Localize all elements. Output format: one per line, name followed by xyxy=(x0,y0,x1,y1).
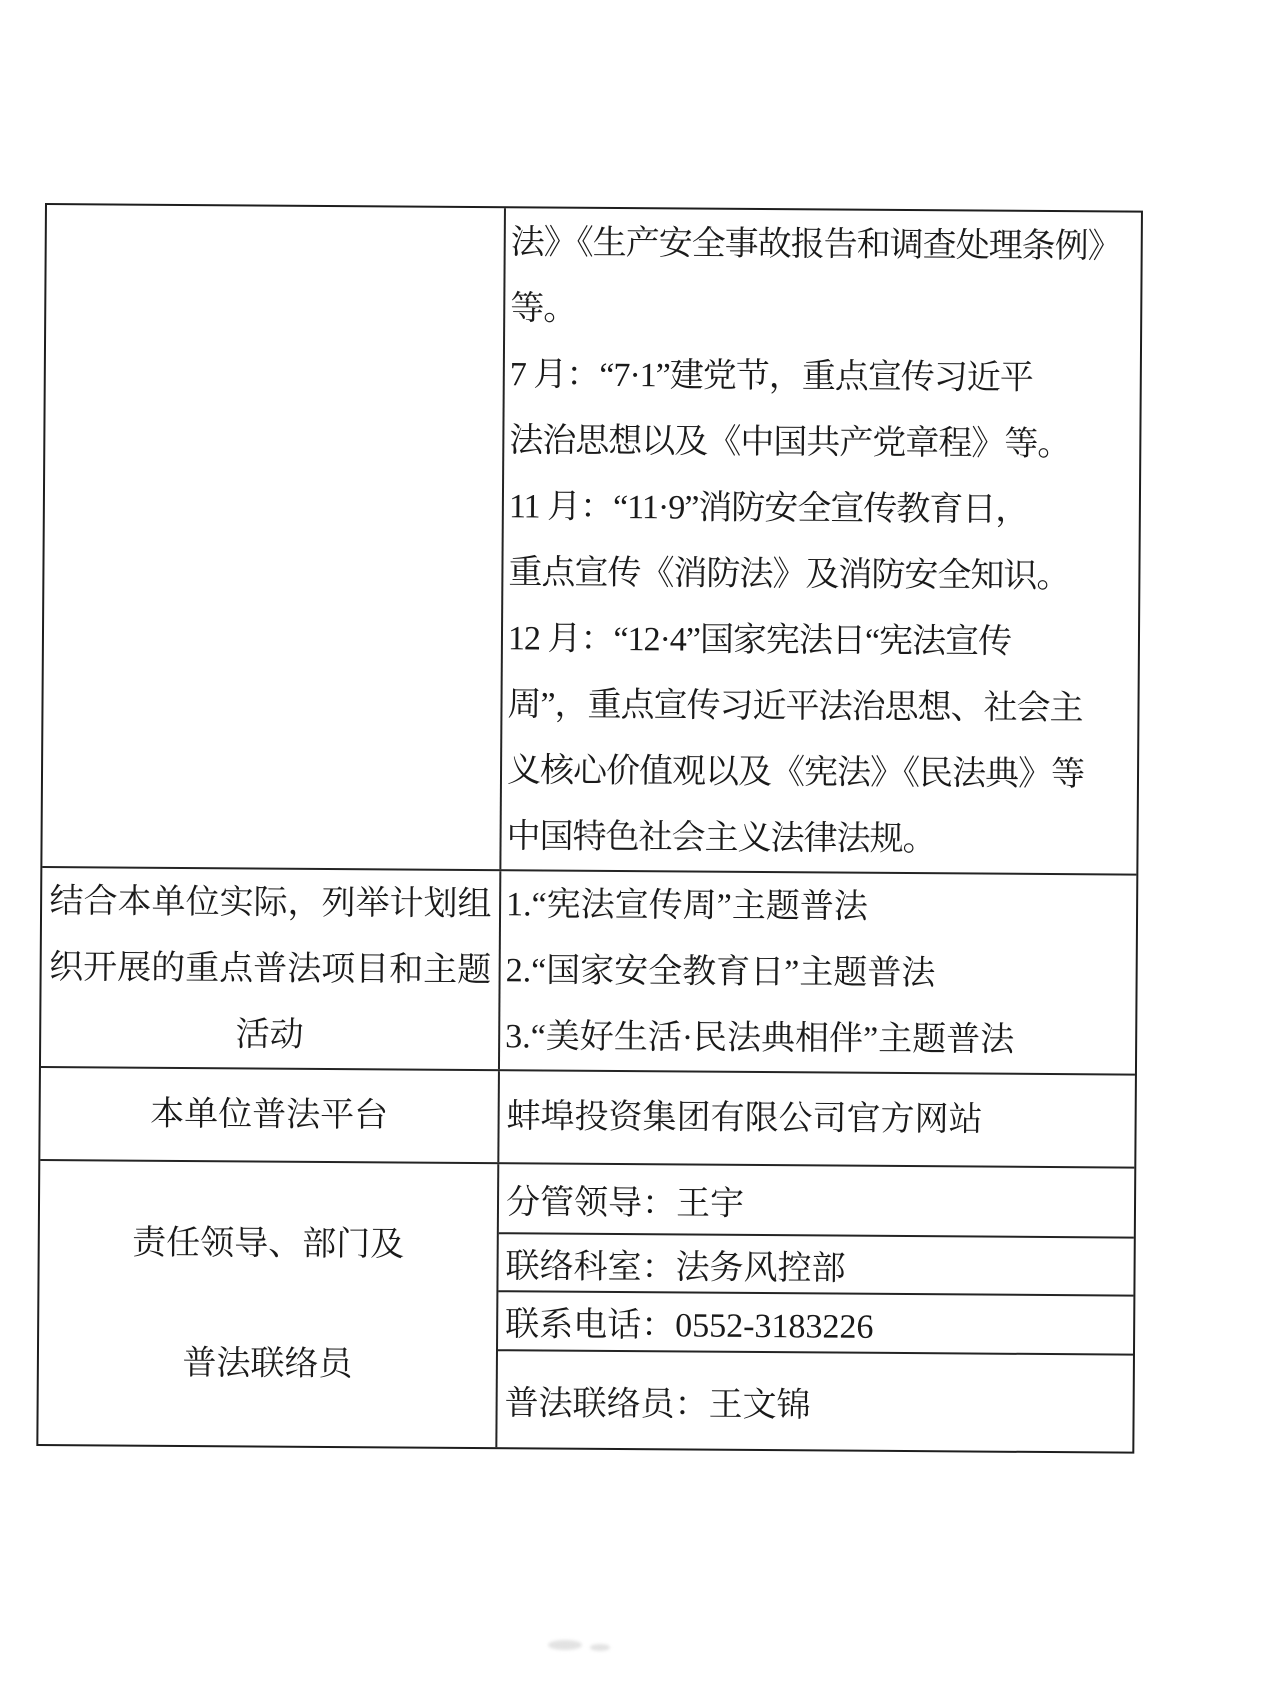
row-key-projects: 结合本单位实际，列举计划组 织开展的重点普法项目和主题 活动 1.“宪法宣传周”… xyxy=(41,868,1136,1076)
scan-artifact xyxy=(548,1640,582,1650)
contact-row-liaison: 普法联络员：王文锦 xyxy=(497,1351,1133,1451)
text-line: 蚌埠投资集团有限公司官方网站 xyxy=(506,1084,982,1153)
cell-platform-label: 本单位普法平台 xyxy=(40,1068,500,1162)
contact-row-department: 联络科室：法务风控部 xyxy=(498,1234,1133,1296)
text-line: 活动 xyxy=(235,1002,303,1068)
document-page: 法》《生产安全事故报告和调查处理条例》 等。 7 月：“7·1”建党节，重点宣传… xyxy=(0,0,1279,1706)
text-line: 织开展的重点普法项目和主题 xyxy=(49,935,491,1004)
text-line: 周”，重点宣传习近平法治思想、社会主 xyxy=(507,672,1135,742)
text-line: 等。 xyxy=(510,276,1138,346)
row-platform: 本单位普法平台 蚌埠投资集团有限公司官方网站 xyxy=(40,1068,1135,1169)
text-line: 法》《生产安全事故报告和调查处理条例》 xyxy=(510,210,1138,280)
list-item: 3.“美好生活·民法典相伴”主题普法 xyxy=(505,1004,1135,1074)
cell-key-projects-content: 1.“宪法宣传周”主题普法 2.“国家安全教育日”主题普法 3.“美好生活·民法… xyxy=(500,871,1136,1073)
text-line: 责任领导、部门及 xyxy=(132,1223,404,1265)
pufa-plan-table: 法》《生产安全事故报告和调查处理条例》 等。 7 月：“7·1”建党节，重点宣传… xyxy=(36,203,1143,1454)
cell-contacts-content: 分管领导：王宇 联络科室：法务风控部 联系电话：0552-3183226 普法联… xyxy=(497,1164,1134,1451)
contact-row-phone: 联系电话：0552-3183226 xyxy=(498,1292,1133,1355)
text-line: 重点宣传《消防法》及消防安全知识。 xyxy=(508,540,1136,610)
cell-key-projects-label: 结合本单位实际，列举计划组 织开展的重点普法项目和主题 活动 xyxy=(41,868,501,1069)
text-line: 结合本单位实际，列举计划组 xyxy=(49,869,491,938)
text-line: 法治思想以及《中国共产党章程》等。 xyxy=(509,408,1137,478)
cell-contacts-label: 责任领导、部门及 普法联络员 xyxy=(38,1161,499,1447)
scan-artifact xyxy=(590,1644,610,1651)
cell-monthly-plan-content: 法》《生产安全事故报告和调查处理条例》 等。 7 月：“7·1”建党节，重点宣传… xyxy=(501,208,1141,873)
text-line: 普法联络员 xyxy=(182,1343,352,1384)
list-item: 2.“国家安全教育日”主题普法 xyxy=(505,938,1135,1008)
text-line: 11 月：“11·9”消防安全宣传教育日， xyxy=(509,474,1137,544)
text-line: 义核心价值观以及《宪法》《民法典》等 xyxy=(507,738,1135,808)
cell-platform-content: 蚌埠投资集团有限公司官方网站 xyxy=(499,1071,1135,1166)
list-item: 1.“宪法宣传周”主题普法 xyxy=(506,872,1136,942)
row-contacts: 责任领导、部门及 普法联络员 分管领导：王宇 联络科室：法务风控部 联系电话：0… xyxy=(38,1161,1134,1452)
row-monthly-plan: 法》《生产安全事故报告和调查处理条例》 等。 7 月：“7·1”建党节，重点宣传… xyxy=(42,205,1141,876)
contact-row-leader: 分管领导：王宇 xyxy=(499,1164,1134,1238)
text-line: 本单位普法平台 xyxy=(150,1081,388,1149)
text-line: 7 月：“7·1”建党节，重点宣传习近平 xyxy=(510,342,1138,412)
cell-monthly-plan-label-empty xyxy=(42,205,506,869)
text-line: 12 月：“12·4”国家宪法日“宪法宣传 xyxy=(508,606,1136,676)
text-line: 中国特色社会主义法律法规。 xyxy=(506,804,1134,874)
